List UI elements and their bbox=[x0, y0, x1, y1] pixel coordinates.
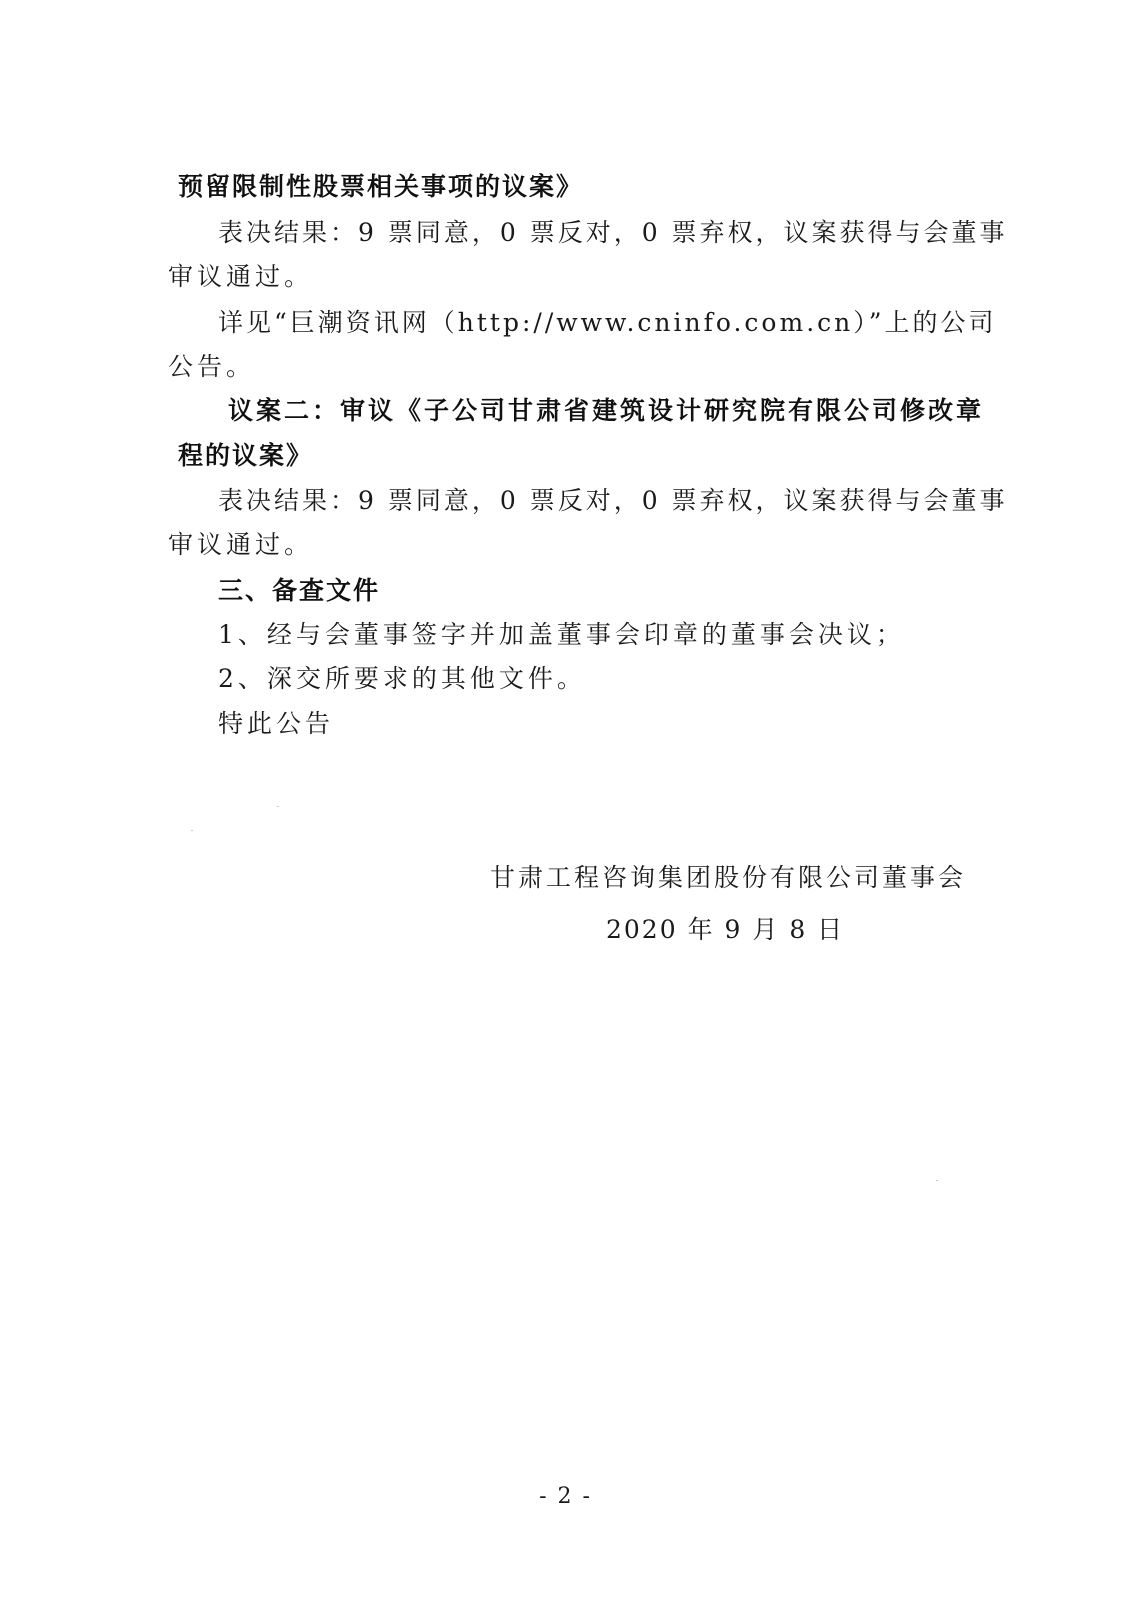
section-three-heading: 三、备查文件 bbox=[218, 576, 380, 606]
motion-two-title-cont: 程的议案》 bbox=[178, 441, 313, 471]
motion-one-title-tail: 预留限制性股票相关事项的议案》 bbox=[178, 172, 583, 202]
motion-two-result-cont: 审议通过。 bbox=[168, 530, 313, 560]
scan-speck bbox=[191, 830, 193, 831]
motion-one-detail: 详见“巨潮资讯网（http://www.cninfo.com.cn）”上的公司 bbox=[218, 308, 930, 338]
closing-statement: 特此公告 bbox=[218, 709, 334, 739]
motion-one-result-cont: 审议通过。 bbox=[168, 262, 313, 292]
reference-doc-2: 2、深交所要求的其他文件。 bbox=[218, 664, 586, 694]
motion-one-detail-cont: 公告。 bbox=[168, 352, 255, 382]
scan-speck bbox=[936, 1180, 938, 1181]
reference-doc-1: 1、经与会董事签字并加盖董事会印章的董事会决议； bbox=[218, 620, 905, 650]
signature-org: 甘肃工程咨询集团股份有限公司董事会 bbox=[490, 863, 966, 893]
motion-one-result: 表决结果：9 票同意，0 票反对，0 票弃权，议案获得与会董事 bbox=[218, 218, 930, 248]
page-number: - 2 - bbox=[0, 1484, 1131, 1509]
motion-two-result: 表决结果：9 票同意，0 票反对，0 票弃权，议案获得与会董事 bbox=[218, 486, 930, 516]
scan-speck bbox=[277, 806, 279, 807]
motion-two-title: 议案二：审议《子公司甘肃省建筑设计研究院有限公司修改章 bbox=[228, 396, 930, 426]
signature-date: 2020 年 9 月 8 日 bbox=[606, 915, 844, 945]
